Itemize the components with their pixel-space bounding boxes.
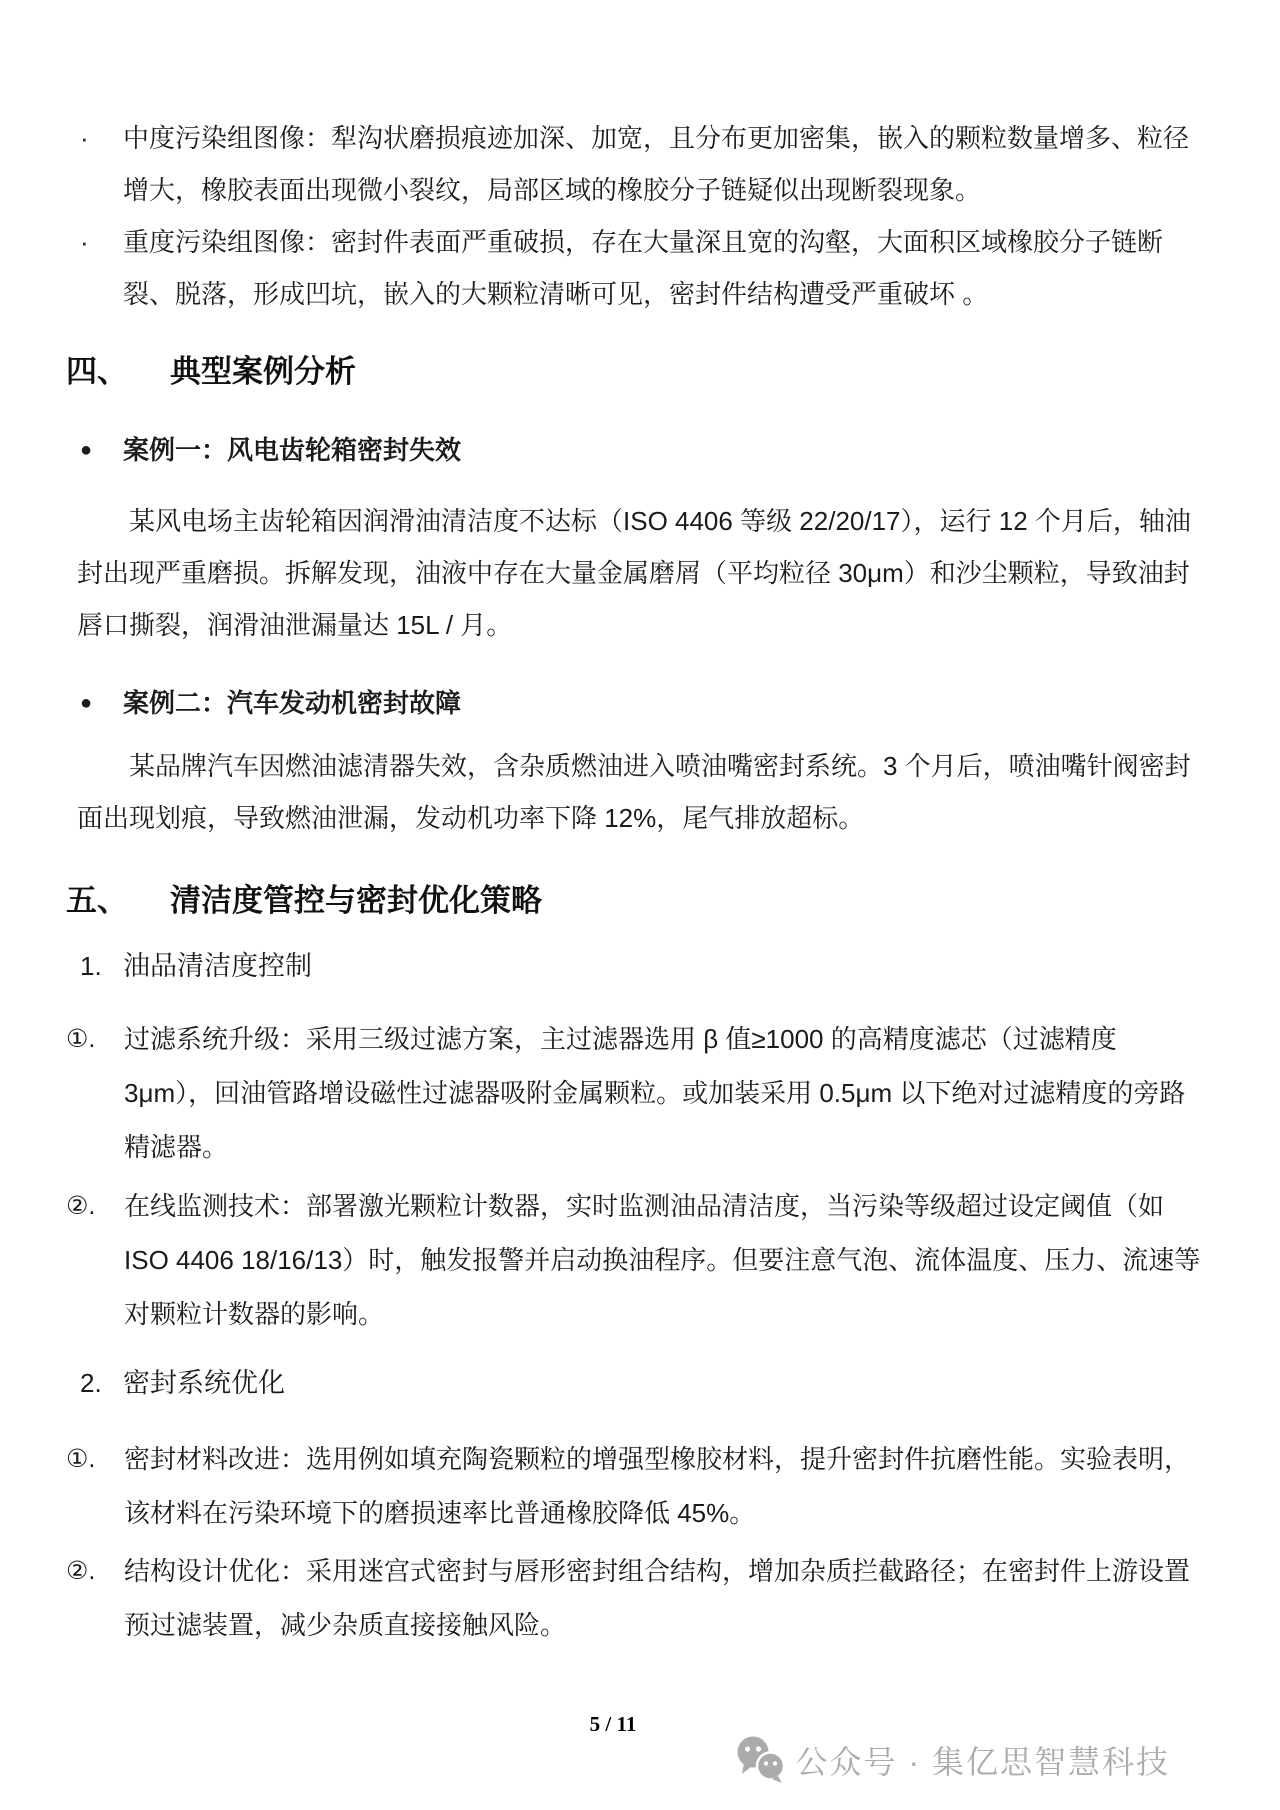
wechat-icon <box>736 1736 786 1784</box>
circled-two-marker: ②. <box>66 1179 95 1233</box>
case-one-title: 案例一：风电齿轮箱密封失效 <box>123 435 461 465</box>
numbered-item-text: 在线监测技术：部署激光颗粒计数器，实时监测油品清洁度，当污染等级超过设定阈值（如… <box>124 1179 1206 1341</box>
subsection-one-heading: 1. 油品清洁度控制 <box>66 940 1206 992</box>
page-content: · 中度污染组图像：犁沟状磨损痕迹加深、加宽，且分布更加密集，嵌入的颗粒数量增多… <box>66 0 1206 1652</box>
numbered-item: ①. 过滤系统升级：采用三级过滤方案，主过滤器选用 β 值≥1000 的高精度滤… <box>66 1012 1206 1174</box>
subsection-number: 1. <box>80 940 102 992</box>
heading-title: 典型案例分析 <box>170 354 356 389</box>
document-page: · 中度污染组图像：犁沟状磨损痕迹加深、加宽，且分布更加密集，嵌入的颗粒数量增多… <box>0 0 1280 1810</box>
numbered-item-text: 结构设计优化：采用迷宫式密封与唇形密封组合结构，增加杂质拦截路径；在密封件上游设… <box>124 1544 1206 1652</box>
page-number: 5 / 11 <box>0 1712 1226 1737</box>
case-two-heading: ● 案例二：汽车发动机密封故障 <box>66 677 1206 729</box>
subsection-title: 密封系统优化 <box>123 1368 285 1398</box>
numbered-item-text: 密封材料改进：选用例如填充陶瓷颗粒的增强型橡胶材料，提升密封件抗磨性能。实验表明… <box>124 1432 1206 1540</box>
circled-two-marker: ②. <box>66 1544 95 1598</box>
disc-bullet-icon: ● <box>80 424 92 476</box>
list-item: · 重度污染组图像：密封件表面严重破损，存在大量深且宽的沟壑，大面积区域橡胶分子… <box>66 216 1206 320</box>
numbered-item: ②. 结构设计优化：采用迷宫式密封与唇形密封组合结构，增加杂质拦截路径；在密封件… <box>66 1544 1206 1652</box>
heading-number: 四、 <box>66 350 170 394</box>
dot-bullet-list: · 中度污染组图像：犁沟状磨损痕迹加深、加宽，且分布更加密集，嵌入的颗粒数量增多… <box>66 0 1206 320</box>
case-two-paragraph: 某品牌汽车因燃油滤清器失效，含杂质燃油进入喷油嘴密封系统。3 个月后，喷油嘴针阀… <box>77 740 1206 844</box>
numbered-item-text: 过滤系统升级：采用三级过滤方案，主过滤器选用 β 值≥1000 的高精度滤芯（过… <box>124 1012 1206 1174</box>
numbered-item: ①. 密封材料改进：选用例如填充陶瓷颗粒的增强型橡胶材料，提升密封件抗磨性能。实… <box>66 1432 1206 1540</box>
list-item-text: 重度污染组图像：密封件表面严重破损，存在大量深且宽的沟壑，大面积区域橡胶分子链断… <box>123 216 1206 320</box>
heading-number: 五、 <box>66 879 170 923</box>
case-two-title: 案例二：汽车发动机密封故障 <box>123 688 461 718</box>
numbered-item: ②. 在线监测技术：部署激光颗粒计数器，实时监测油品清洁度，当污染等级超过设定阈… <box>66 1179 1206 1341</box>
circled-one-marker: ①. <box>66 1432 95 1486</box>
dot-bullet-icon: · <box>80 112 89 164</box>
case-one-heading: ● 案例一：风电齿轮箱密封失效 <box>66 424 1206 476</box>
list-item-text: 中度污染组图像：犁沟状磨损痕迹加深、加宽，且分布更加密集，嵌入的颗粒数量增多、粒… <box>123 112 1206 216</box>
dot-bullet-icon: · <box>80 216 89 268</box>
watermark: 公众号 · 集亿思智慧科技 <box>736 1736 1170 1784</box>
section-heading-five: 五、清洁度管控与密封优化策略 <box>66 879 1206 923</box>
heading-title: 清洁度管控与密封优化策略 <box>170 883 542 918</box>
circled-one-marker: ①. <box>66 1012 95 1066</box>
watermark-text: 公众号 · 集亿思智慧科技 <box>796 1737 1170 1783</box>
subsection-two-heading: 2. 密封系统优化 <box>66 1357 1206 1409</box>
disc-bullet-icon: ● <box>80 677 92 729</box>
section-heading-four: 四、典型案例分析 <box>66 350 1206 394</box>
subsection-number: 2. <box>80 1357 102 1409</box>
case-one-paragraph: 某风电场主齿轮箱因润滑油清洁度不达标（ISO 4406 等级 22/20/17）… <box>77 495 1206 651</box>
subsection-title: 油品清洁度控制 <box>123 951 312 981</box>
list-item: · 中度污染组图像：犁沟状磨损痕迹加深、加宽，且分布更加密集，嵌入的颗粒数量增多… <box>66 112 1206 216</box>
